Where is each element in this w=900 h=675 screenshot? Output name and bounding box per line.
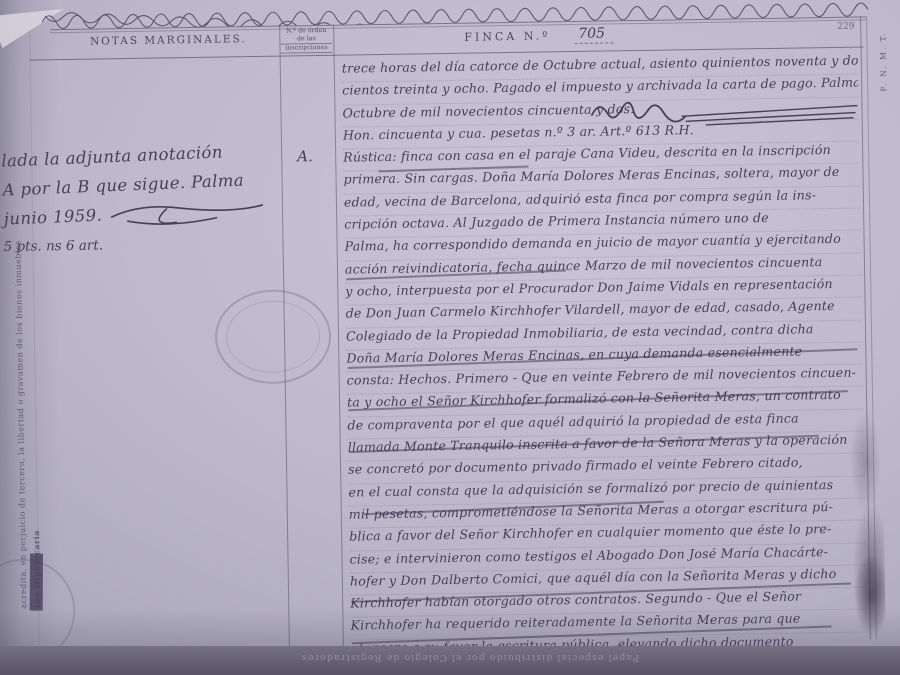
margin-note-fee: 5 pts. ns 6 art. [3,237,103,255]
round-ink-stamp [214,289,331,385]
page-number: 229 [837,22,854,32]
photographed-registry-page: NOTAS MARGINALES. N.º de órden de las in… [0,0,900,675]
margin-signature-flourish [107,199,267,230]
inscription-order-letter: A. [297,147,313,165]
order-column-heading: N.º de órden de las inscripciones [280,27,332,54]
finca-heading: FINCA N.º [464,29,550,43]
photo-bottom-band: Papel especial distribuido por el Colegi… [0,646,900,675]
fnmt-watermark: F. N. M. T. [878,31,888,92]
order-column-line3: inscripciones [280,43,332,54]
paper-imprint-text: Papel especial distribuido por el Colegi… [240,652,700,663]
registrar-signature-flourish [585,93,863,129]
ink-bar-mark [30,554,43,611]
toner-smudge [850,549,885,642]
page-content: NOTAS MARGINALES. N.º de órden de las in… [0,0,900,675]
round-ink-stamp-inner [225,300,320,373]
finca-number: 705 [574,25,613,44]
notas-marginales-heading: NOTAS MARGINALES. [58,33,278,48]
side-print-legal-text: acredita, en perjuicio de tercero, la li… [13,240,28,609]
